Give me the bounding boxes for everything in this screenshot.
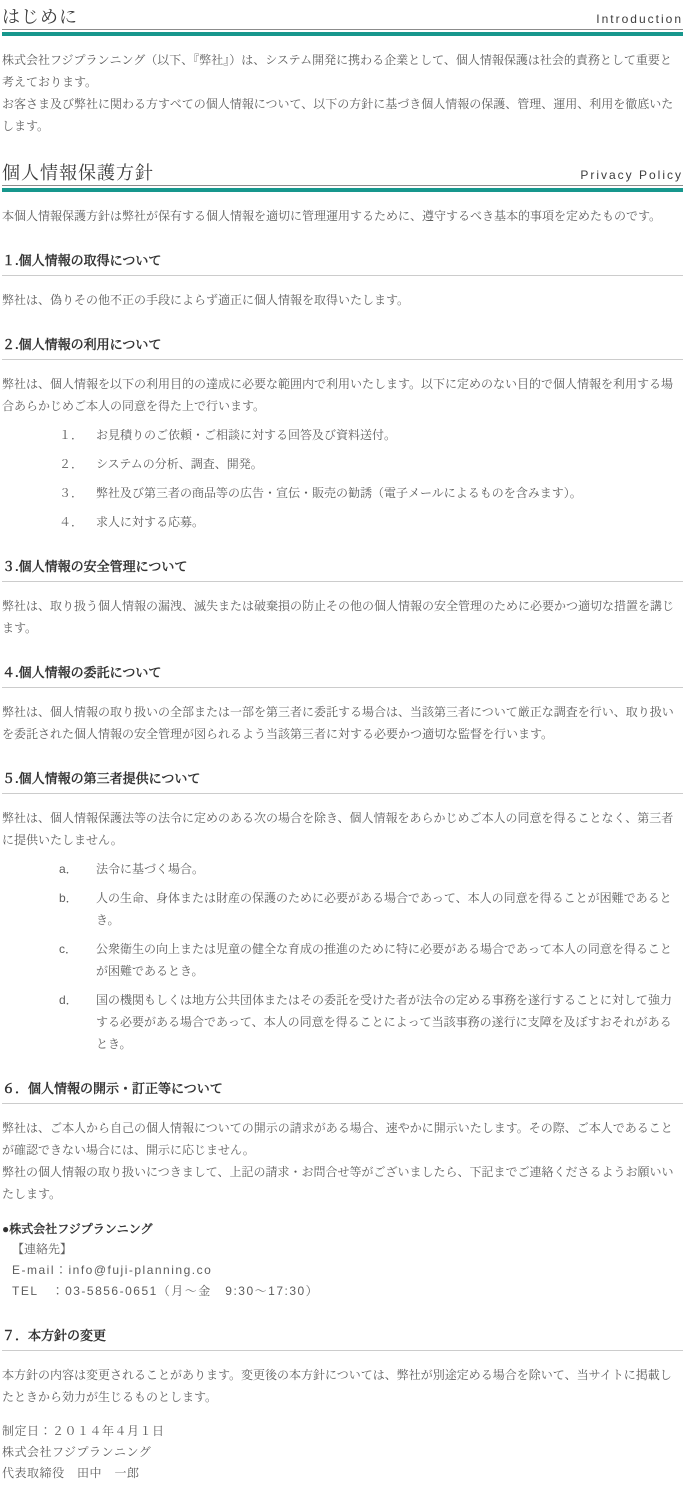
contact-label: 【連絡先】 (12, 1239, 683, 1260)
section-5-title: ５.個人情報の第三者提供について (2, 771, 683, 794)
section-6-paragraph: 弊社の個人情報の取り扱いにつきまして、上記の請求・お問合せ等がございましたら、下… (2, 1161, 683, 1205)
section-6-paragraphs: 弊社は、ご本人から自己の個人情報についての開示の請求がある場合、速やかに開示いた… (2, 1117, 683, 1205)
list-item: a． 法令に基づく場合。 (2, 858, 683, 880)
intro-band: はじめに Introduction (2, 7, 683, 36)
list-item: d． 国の機関もしくは地方公共団体またはその委託を受けた者が法令の定める事務を遂… (2, 989, 683, 1055)
section-4-paragraph: 弊社は、個人情報の取り扱いの全部または一部を第三者に委託する場合は、当該第三者に… (2, 701, 683, 745)
section-7-paragraph: 本方針の内容は変更されることがあります。変更後の本方針については、弊社が別途定め… (2, 1364, 683, 1408)
section-5-paragraph: 弊社は、個人情報保護法等の法令に定めのある次の場合を除き、個人情報をあらかじめご… (2, 807, 683, 851)
list-item-marker: ２． (59, 453, 96, 475)
intro-heading-en: Introduction (596, 12, 683, 26)
list-item-marker: b． (59, 887, 96, 931)
policy-band: 個人情報保護方針 Privacy Policy (2, 163, 683, 192)
section-1-paragraph: 弊社は、偽りその他不正の手段によらず適正に個人情報を取得いたします。 (2, 289, 683, 311)
section-1-title: １.個人情報の取得について (2, 253, 683, 276)
intro-band-head: はじめに Introduction (2, 7, 683, 30)
contact-block: ●株式会社フジプランニング 【連絡先】 E-mail：info@fuji-pla… (2, 1219, 683, 1302)
policy-heading-en: Privacy Policy (580, 168, 683, 182)
list-item-marker: ３． (59, 482, 96, 504)
section-2-list: １． お見積りのご依頼・ご相談に対する回答及び資料送付。 ２． システムの分析、… (2, 424, 683, 533)
section-6-paragraph: 弊社は、ご本人から自己の個人情報についての開示の請求がある場合、速やかに開示いた… (2, 1117, 683, 1161)
list-item: c． 公衆衛生の向上または児童の健全な育成の推進のために特に必要がある場合であっ… (2, 938, 683, 982)
section-3-title: ３.個人情報の安全管理について (2, 559, 683, 582)
footer-representative: 代表取締役 田中 一郎 (2, 1463, 683, 1484)
list-item-text: お見積りのご依頼・ご相談に対する回答及び資料送付。 (96, 424, 683, 446)
policy-accent-rule (2, 188, 683, 192)
list-item-text: 国の機関もしくは地方公共団体またはその委託を受けた者が法令の定める事務を遂行する… (96, 989, 683, 1055)
list-item: b． 人の生命、身体または財産の保護のために必要がある場合であって、本人の同意を… (2, 887, 683, 931)
intro-paragraph: 株式会社フジプランニング（以下、『弊社』）は、システム開発に携わる企業として、個… (2, 49, 683, 93)
intro-accent-rule (2, 32, 683, 36)
contact-email: E-mail：info@fuji-planning.co (12, 1260, 683, 1281)
list-item-marker: ４． (59, 511, 96, 533)
footer-company-name: 株式会社フジプランニング (2, 1442, 683, 1463)
policy-lead-paragraph: 本個人情報保護方針は弊社が保有する個人情報を適切に管理運用するために、遵守するべ… (2, 205, 683, 227)
contact-company-name: ●株式会社フジプランニング (2, 1219, 683, 1239)
contact-tel: TEL ：03-5856-0651（月～金 9:30～17:30） (12, 1281, 683, 1302)
section-6-title: ６．個人情報の開示・訂正等について (2, 1081, 683, 1104)
list-item: １． お見積りのご依頼・ご相談に対する回答及び資料送付。 (2, 424, 683, 446)
list-item-text: 求人に対する応募。 (96, 511, 683, 533)
privacy-policy-page: はじめに Introduction 株式会社フジプランニング（以下、『弊社』）は… (0, 0, 685, 1498)
list-item: ２． システムの分析、調査、開発。 (2, 453, 683, 475)
list-item-text: 人の生命、身体または財産の保護のために必要がある場合であって、本人の同意を得るこ… (96, 887, 683, 931)
policy-heading-jp: 個人情報保護方針 (2, 163, 154, 183)
list-item-marker: d． (59, 989, 96, 1055)
section-2-paragraph: 弊社は、個人情報を以下の利用目的の達成に必要な範囲内で利用いたします。以下に定め… (2, 373, 683, 417)
list-item: ４． 求人に対する応募。 (2, 511, 683, 533)
list-item-marker: a． (59, 858, 96, 880)
section-4-title: ４.個人情報の委託について (2, 665, 683, 688)
footer: 制定日：２０１４年４月１日 株式会社フジプランニング 代表取締役 田中 一郎 (2, 1421, 683, 1484)
intro-paragraphs: 株式会社フジプランニング（以下、『弊社』）は、システム開発に携わる企業として、個… (2, 49, 683, 137)
list-item-marker: １． (59, 424, 96, 446)
list-item-text: 公衆衛生の向上または児童の健全な育成の推進のために特に必要がある場合であって本人… (96, 938, 683, 982)
footer-enactment-date: 制定日：２０１４年４月１日 (2, 1421, 683, 1442)
intro-paragraph: お客さま及び弊社に関わる方すべての個人情報について、以下の方針に基づき個人情報の… (2, 93, 683, 137)
section-7-title: ７．本方針の変更 (2, 1328, 683, 1351)
list-item-text: 弊社及び第三者の商品等の広告・宣伝・販売の勧誘（電子メールによるものを含みます）… (96, 482, 683, 504)
section-5-list: a． 法令に基づく場合。 b． 人の生命、身体または財産の保護のために必要がある… (2, 858, 683, 1055)
intro-heading-jp: はじめに (2, 7, 78, 27)
list-item-text: 法令に基づく場合。 (96, 858, 683, 880)
list-item-text: システムの分析、調査、開発。 (96, 453, 683, 475)
list-item: ３． 弊社及び第三者の商品等の広告・宣伝・販売の勧誘（電子メールによるものを含み… (2, 482, 683, 504)
policy-band-head: 個人情報保護方針 Privacy Policy (2, 163, 683, 186)
section-2-title: ２.個人情報の利用について (2, 337, 683, 360)
section-3-paragraph: 弊社は、取り扱う個人情報の漏洩、滅失または破棄損の防止その他の個人情報の安全管理… (2, 595, 683, 639)
list-item-marker: c． (59, 938, 96, 982)
